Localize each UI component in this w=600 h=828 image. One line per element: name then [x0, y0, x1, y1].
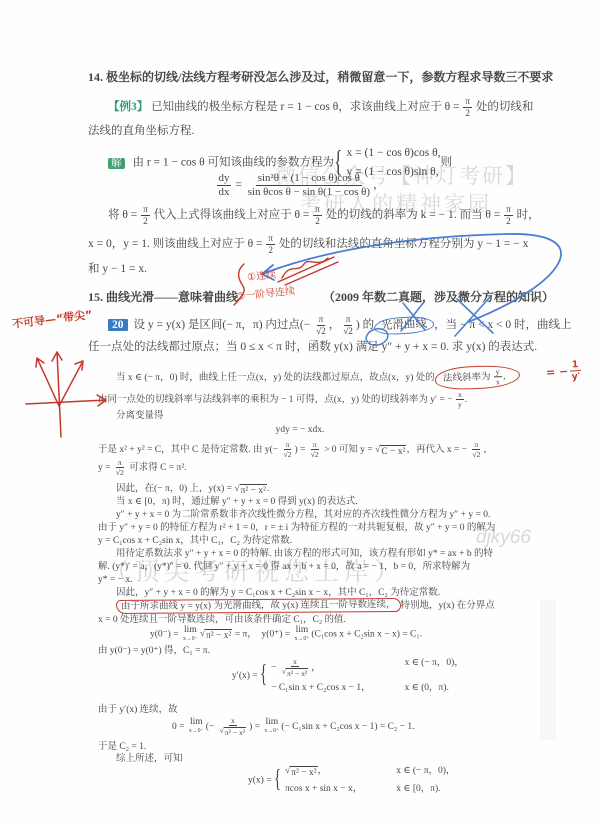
sol-integrate: 于是 x² + y² = C，其中 C 是待定常数. 由 y(− π√2) = …	[98, 440, 493, 459]
sol-separate-variables: 分离变量得	[116, 410, 164, 422]
example-label: 【例3】	[108, 101, 148, 113]
fraction: π√2	[309, 440, 321, 459]
fraction: π√2	[314, 314, 328, 337]
fraction: π√2	[281, 440, 293, 459]
fraction: dydx	[217, 172, 232, 199]
problem-number-badge: 20	[108, 319, 128, 331]
sol-c1-value: 由 y(0⁻) = y(0⁺) 得，C₁ = π.	[98, 645, 210, 657]
sol-ydy-equation: ydy = − xdx.	[90, 424, 510, 436]
problem20-line2: 任一点处的法线都过原点；当 0 ≤ x < π 时，函数 y(x) 满足 y″ …	[88, 340, 537, 355]
fraction: π√2	[470, 440, 482, 459]
item15-heading: 15. 曲线光滑——意味着曲线（2009 年数二真题，涉及微分方程的知识）	[88, 290, 554, 306]
fraction: π√2	[114, 458, 126, 477]
sol-c2-value: 于是 C₂ = 1.	[98, 741, 146, 753]
red-pen-circle: 法线斜率为 yx，	[434, 365, 520, 391]
sol-final-answer: y(x) = {√π² − x²，x ∈ (− π，0)，πcos x + si…	[248, 765, 455, 796]
slope-note-prefix: = −	[546, 365, 569, 380]
fraction: yx	[493, 367, 501, 386]
fraction: xy	[456, 390, 464, 409]
limit-expression: limx→0⁺	[295, 626, 310, 642]
slope-note-red: = − 1 y′	[545, 359, 583, 385]
sol-derivative-piecewise: y′(x) = {− x√π² − x²，x ∈ (− π，0)，− C₁sin…	[232, 657, 464, 695]
piecewise-cases: {− x√π² − x²，x ∈ (− π，0)，− C₁sin x + C₂c…	[260, 657, 464, 695]
fraction: π√2	[341, 314, 355, 337]
item14-heading: 14. 极坐标的切线/法线方程考研没怎么涉及过，稍微留意一下，参数方程求导数三不…	[88, 70, 553, 86]
fraction: π2	[141, 204, 150, 227]
slope-note-fraction: 1 y′	[568, 359, 582, 383]
sol-smooth-condition-1: 由于所求曲线 y = y(x) 为光滑曲线，故 y(x) 连续且一阶导数连续，特…	[116, 599, 495, 613]
red-pen-box: 由于所求曲线 y = y(x) 为光滑曲线，故 y(x) 连续且一阶导数连续，	[116, 598, 401, 614]
red-crossed-scribble	[278, 257, 338, 285]
fraction: π2	[463, 96, 472, 119]
sol-particular-1: 用待定系数法求 y″ + y + x = 0 的特解. 由该方程的形式可知，该方…	[116, 548, 493, 560]
example3-line2: 法线的直角坐标方程.	[88, 124, 194, 139]
derivative-equation: dydx = sin²θ + (1 − cos θ)cos θsin θcos …	[90, 172, 510, 199]
sqrt-expression: √π² − x²	[200, 629, 233, 642]
sol-c2-equation: 0 = limx→0⁻(− x√π² − x²) = limx→0⁺(− C₁s…	[172, 716, 415, 737]
fraction: π2	[504, 204, 513, 227]
sol-limits: y(0⁻) = limx→0⁻√π² − x² = π， y(0⁺) = lim…	[150, 626, 422, 643]
limit-expression: limx→0⁺	[264, 718, 279, 734]
fraction: π2	[266, 233, 275, 256]
limit-expression: limx→0⁻	[183, 626, 198, 642]
sol-yprime-continuous: 由于 y′(x) 连续，故	[98, 704, 178, 716]
fraction: sin²θ + (1 − cos θ)cos θsin θcos θ − sin…	[246, 172, 372, 199]
sol-normal-slope: 当 x ∈ (− π，0) 时，曲线上任一点(x，y) 处的法线都过原点，故点(…	[116, 366, 520, 389]
problem20-line1: 20设 y = y(x) 是区间(− π，π) 内过点(− π√2，π√2) 的…	[108, 314, 571, 337]
margin-note-not-differentiable: 不可导—“带尖”	[11, 306, 93, 332]
smooth-note-continuous: ①连续	[246, 266, 276, 284]
sqrt-expression: √π² − x²	[220, 727, 246, 737]
solution-badge: 解	[108, 158, 125, 169]
substitute-line2: x = 0，y = 1. 则该曲线上对应于 θ = π2 处的切线和法线的直角坐…	[88, 233, 528, 256]
fraction: x√π² − x²	[280, 657, 310, 678]
sqrt-expression: √C − x²	[375, 445, 406, 458]
substitute-line1: 将 θ = π2 代入上式得该曲线上对应于 θ = π2 处的切线的斜率为 k …	[108, 204, 540, 227]
substitute-line3: 和 y − 1 = x.	[88, 262, 147, 277]
sqrt-expression: √π² − x²	[282, 668, 308, 678]
scan-artifact-band	[540, 600, 556, 740]
document-page: 微信公众号【神灯考研】 考研人的精神家园 djky66 （顶尖考研祝您上岸） 1…	[0, 0, 600, 828]
sol-homogeneous-solution: y = C₁cos x + C₂sin x，其中 C₁，C₂ 为待定常数.	[98, 535, 292, 547]
sol-find-c: y = π√2 可求得 C = π².	[98, 458, 187, 477]
example3-line1: 【例3】 已知曲线的极坐标方程是 r = 1 − cos θ，求该曲线上对应于 …	[108, 96, 533, 119]
limit-expression: limx→0⁻	[189, 718, 204, 734]
sol-tangent-slope: 由同一点处的切线斜率与法线斜率的乘积为 − 1 可得，点(x，y) 处的切线斜率…	[98, 390, 467, 409]
blue-pen-circle: 光滑曲线	[374, 316, 435, 336]
fraction: π2	[313, 204, 322, 227]
sol-ode-type: y″ + y + x = 0 为二阶常系数非齐次线性微分方程，其对应的齐次线性微…	[116, 509, 490, 521]
fraction: x√π² − x²	[218, 716, 248, 737]
sqrt-expression: √π² − x²	[285, 766, 318, 779]
sol-conclusion-intro: 综上所述，可知	[116, 753, 183, 765]
sol-smooth-condition-2: x = 0 处连续且一阶导数连续，可由该条件确定 C₁，C₂ 的值.	[98, 614, 346, 626]
sol-char-equation: 由于 y″ + y = 0 的特征方程为 r² + 1 = 0，r = ± i …	[98, 522, 495, 534]
sol-branch2-intro: 当 x ∈ [0，π) 时，通过解 y″ + y + x = 0 得到 y(x)…	[116, 496, 358, 508]
sol-particular-3: y* = − x.	[98, 574, 132, 586]
piecewise-cases: {√π² − x²，x ∈ (− π，0)，πcos x + sin x − x…	[274, 765, 455, 796]
sol-particular-2: 解. (y*)′ = a，(y*)″ = 0. 代回 y″ + y + x = …	[98, 561, 470, 573]
